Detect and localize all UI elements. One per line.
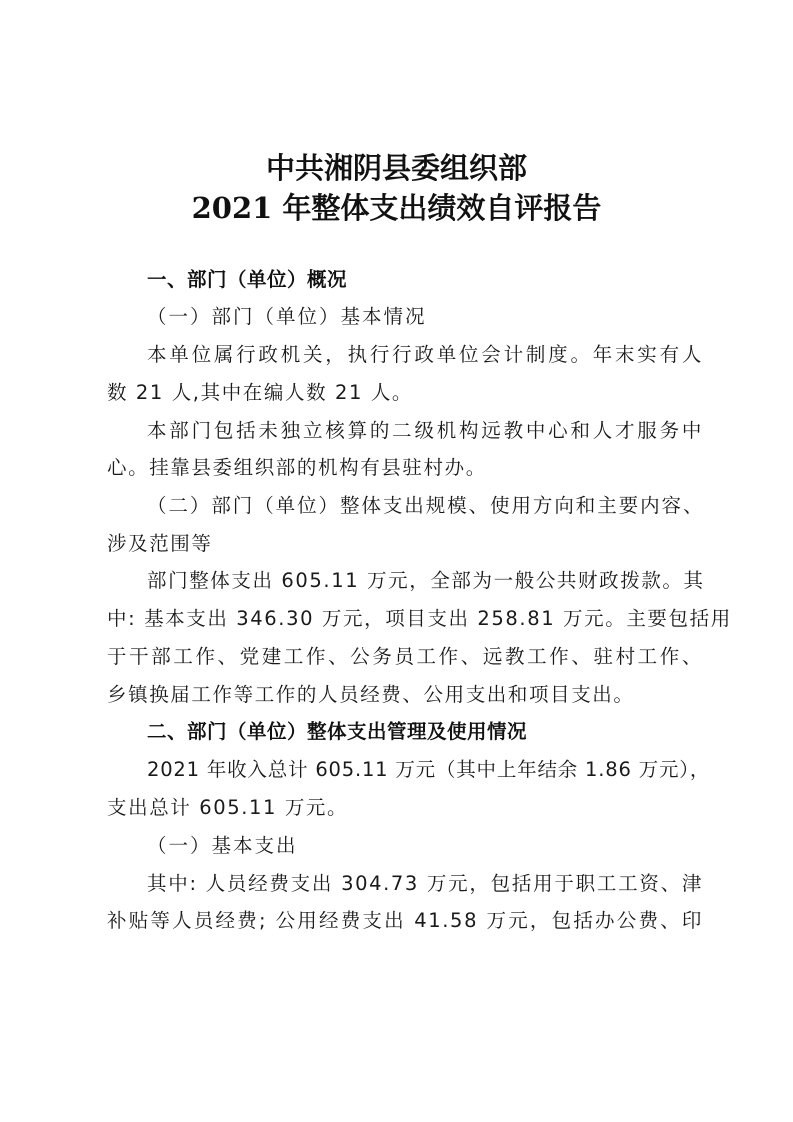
section-1-sub-2-heading-cont: 涉及范围等: [107, 532, 703, 556]
paragraph-line: 支出总计 605.11 万元。: [107, 796, 703, 820]
paragraph-line: 本部门包括未独立核算的二级机构远教中心和人才服务中: [147, 419, 703, 443]
paragraph-line: 中: 基本支出 346.30 万元，项目支出 258.81 万元。主要包括用: [107, 607, 703, 631]
paragraph-line: 乡镇换届工作等工作的人员经费、公用支出和项目支出。: [107, 683, 703, 707]
title-line-2: 2021 年整体支出绩效自评报告: [0, 186, 793, 227]
paragraph-line: 补贴等人员经费; 公用经费支出 41.58 万元，包括办公费、印: [107, 909, 703, 933]
document-page: 中共湘阴县委组织部 2021 年整体支出绩效自评报告 一、部门（单位）概况 （一…: [0, 0, 793, 1122]
paragraph-line: 2021 年收入总计 605.11 万元（其中上年结余 1.86 万元），: [147, 758, 703, 782]
section-2-sub-1-heading: （一）基本支出: [147, 834, 703, 858]
section-1-sub-1-heading: （一）部门（单位）基本情况: [147, 305, 703, 329]
paragraph-line: 于干部工作、党建工作、公务员工作、远教工作、驻村工作、: [107, 645, 703, 669]
paragraph-line: 其中: 人员经费支出 304.73 万元，包括用于职工工资、津: [147, 872, 703, 896]
paragraph-line: 数 21 人,其中在编人数 21 人。: [107, 381, 703, 405]
paragraph-line: 本单位属行政机关，执行行政单位会计制度。年末实有人: [147, 343, 703, 367]
paragraph-line: 部门整体支出 605.11 万元，全部为一般公共财政拨款。其: [147, 569, 703, 593]
section-1-sub-2-heading: （二）部门（单位）整体支出规模、使用方向和主要内容、: [147, 494, 703, 518]
title-line-1: 中共湘阴县委组织部: [0, 146, 793, 187]
paragraph-line: 心。挂靠县委组织部的机构有县驻村办。: [107, 456, 703, 480]
section-1-heading: 一、部门（单位）概况: [147, 268, 703, 292]
section-2-heading: 二、部门（单位）整体支出管理及使用情况: [147, 720, 703, 744]
